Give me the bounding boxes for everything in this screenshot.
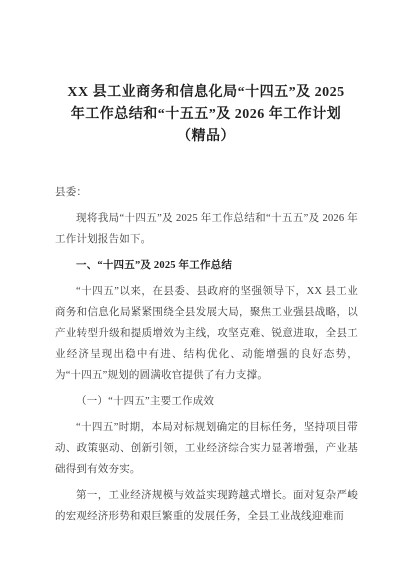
heading-level-2: （一）“十四五”主要工作成效: [55, 391, 358, 412]
document-title: XX 县工业商务和信息化局“十四五”及 2025年工作总结和“十五五”及 202…: [44, 82, 368, 148]
paragraph: “十四五”以来，在县委、县政府的坚强领导下，XX 县工业商务和信息化局紧紧围绕全…: [55, 281, 358, 386]
paragraph: 现将我局“十四五”及 2025 年工作总结和“十五五”及 2026 年工作计划报…: [55, 208, 358, 250]
salutation: 县委：: [55, 182, 358, 203]
paragraph: “十四五”时期，本局对标规划确定的目标任务，坚持项目带动、政策驱动、创新引领，工…: [55, 417, 358, 480]
document-page: XX 县工业商务和信息化局“十四五”及 2025年工作总结和“十五五”及 202…: [0, 0, 410, 580]
title-line: 年工作总结和“十五五”及 2026 年工作计划: [44, 104, 368, 126]
document-body: 县委：现将我局“十四五”及 2025 年工作总结和“十五五”及 2026 年工作…: [55, 182, 358, 527]
heading-level-1: 一、“十四五”及 2025 年工作总结: [55, 255, 358, 276]
title-line: XX 县工业商务和信息化局“十四五”及 2025: [44, 82, 368, 104]
paragraph: 第一，工业经济规模与效益实现跨越式增长。面对复杂严峻的宏观经济形势和艰巨繁重的发…: [55, 485, 358, 527]
title-line: （精品）: [44, 126, 368, 148]
